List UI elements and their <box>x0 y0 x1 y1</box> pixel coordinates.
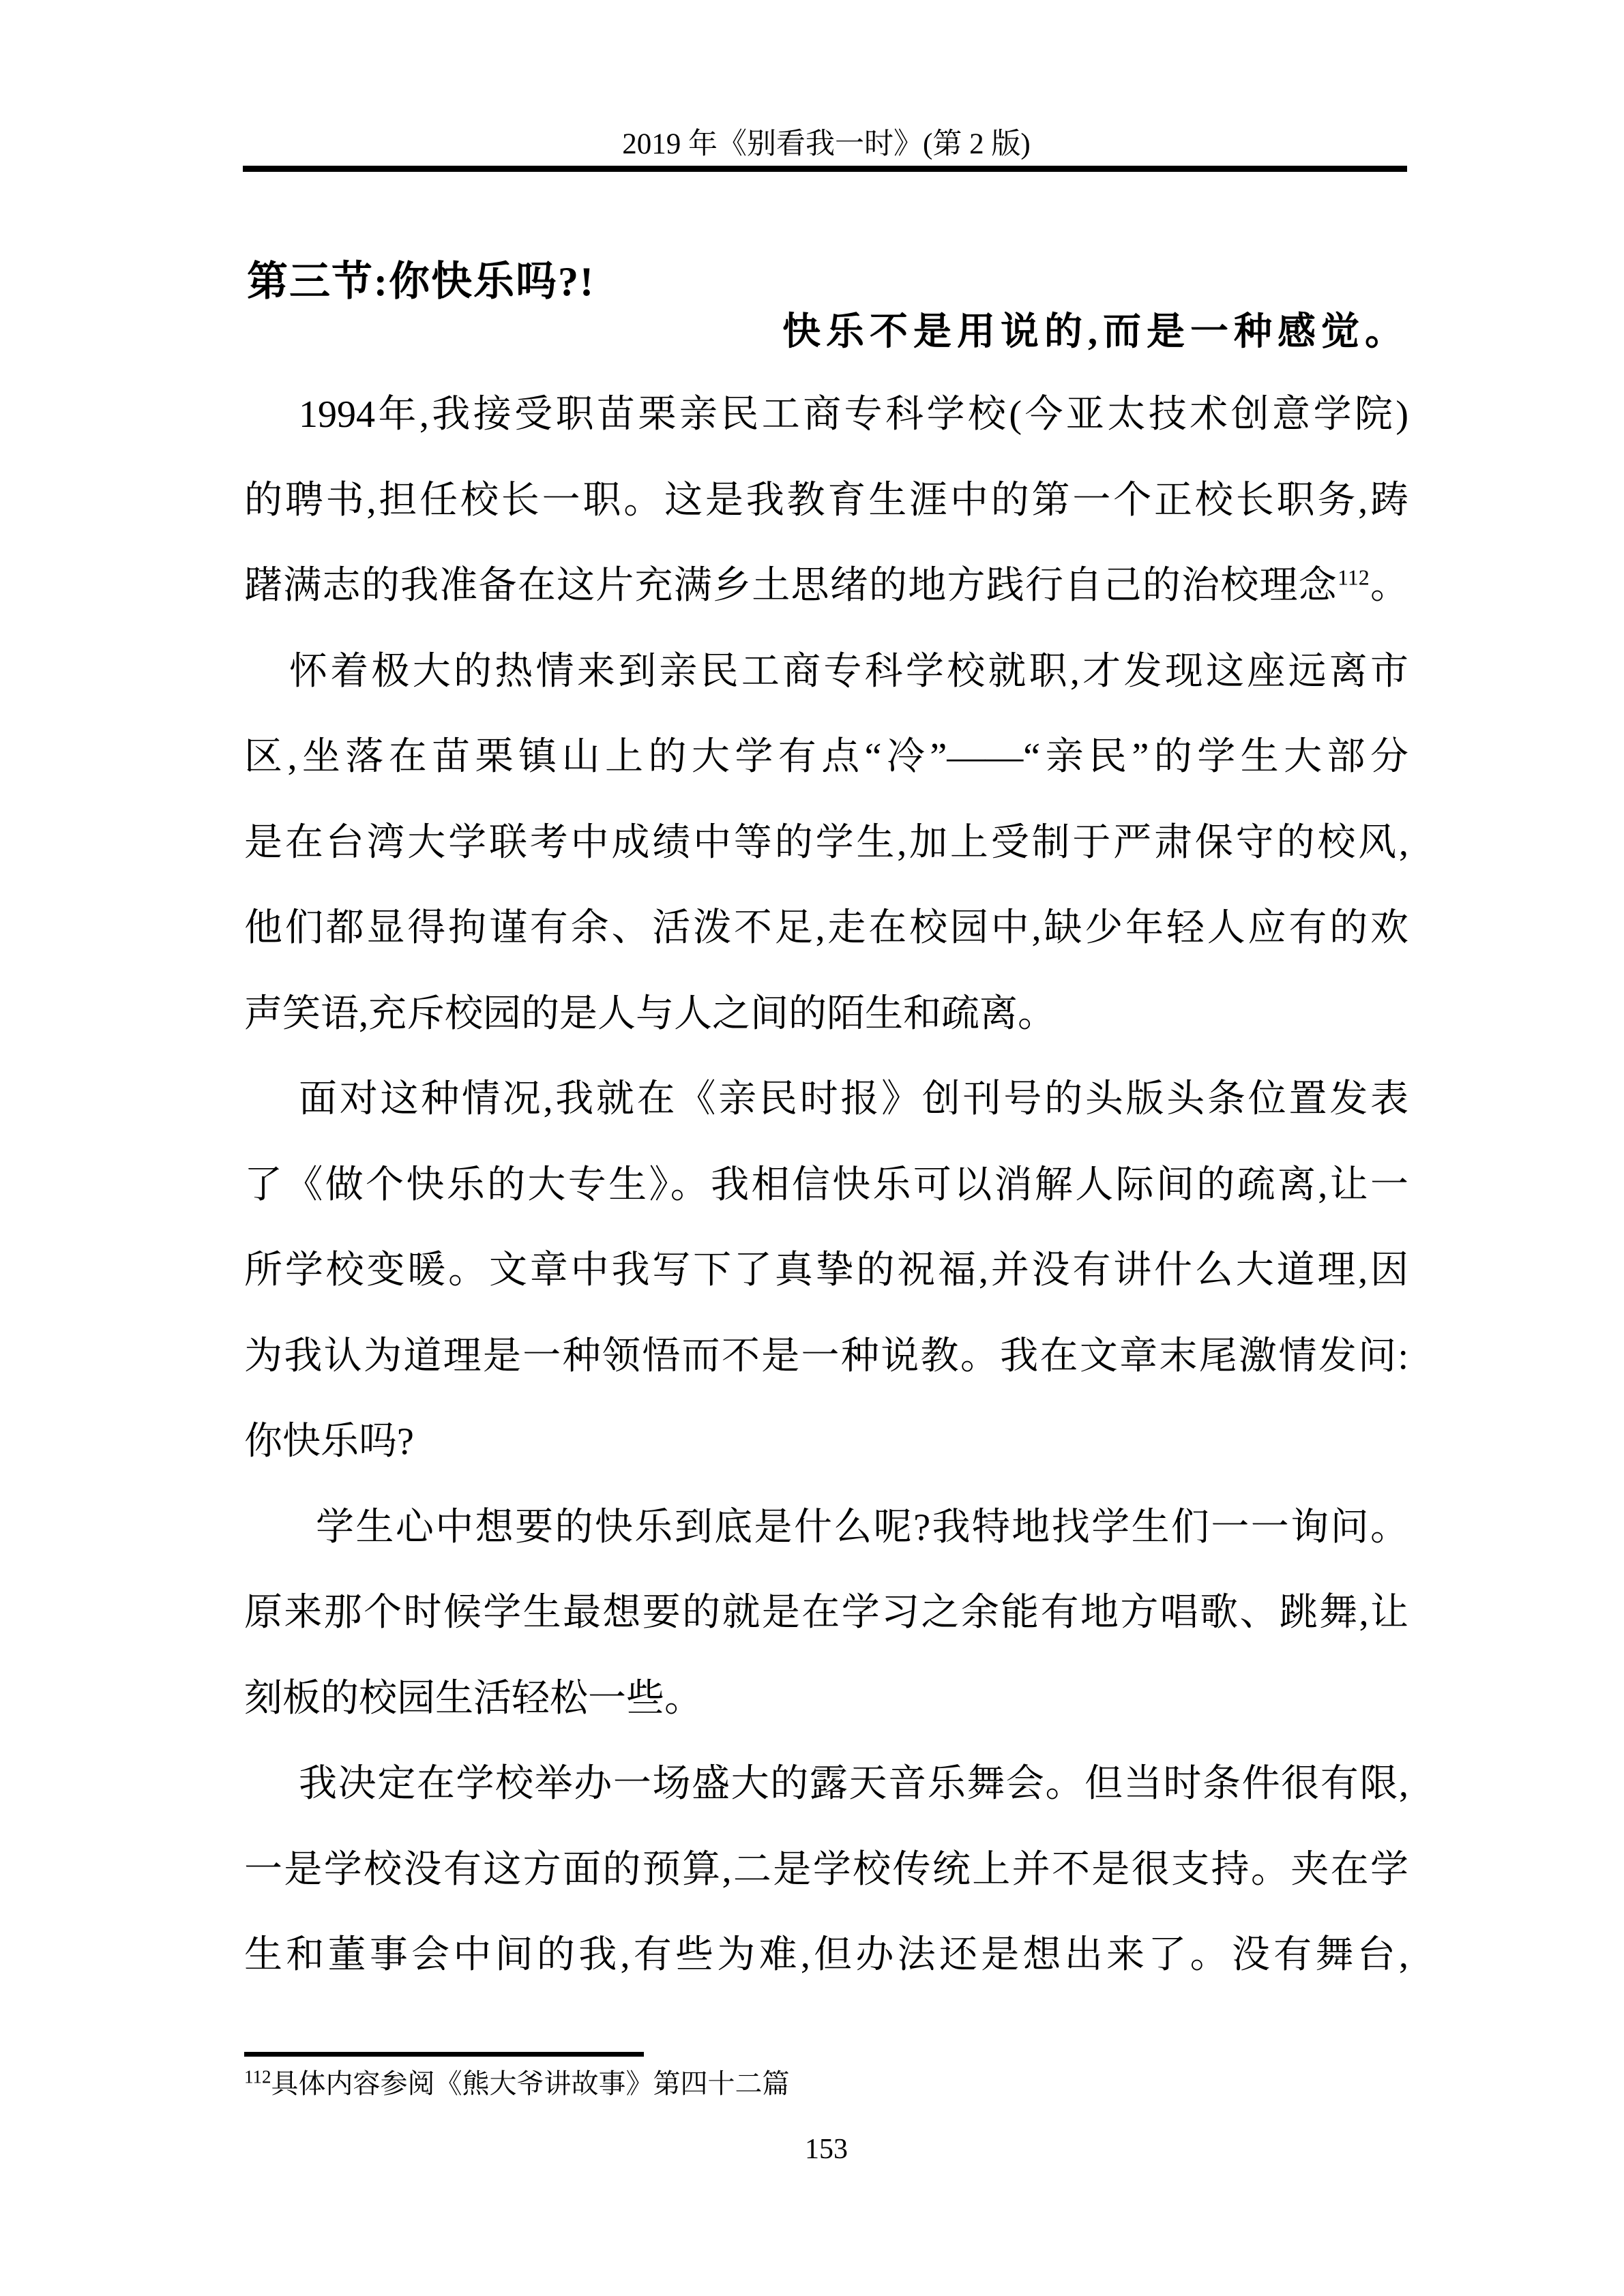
document-page: 2019 年《别看我一时》(第 2 版) 第三节:你快乐吗?! 快乐不是用说的,… <box>0 0 1624 2296</box>
section-title: 第三节:你快乐吗?! <box>247 259 595 304</box>
body-line: 面对这种情况,我就在《亲民时报》创刊号的头版头条位置发表 <box>244 1057 1408 1143</box>
footnote-separator <box>244 2052 644 2057</box>
body-line: 1994年,我接受职苗栗亲民工商专科学校(今亚太技术创意学院) <box>244 372 1408 458</box>
body-line: 原来那个时候学生最想要的就是在学习之余能有地方唱歌、跳舞,让 <box>244 1570 1408 1656</box>
body-line: 区,坐落在苗栗镇山上的大学有点“冷”——“亲民”的学生大部分 <box>244 715 1408 801</box>
body-line: 你快乐吗? <box>244 1399 1408 1485</box>
header-rule <box>243 166 1407 172</box>
epigraph: 快乐不是用说的,而是一种感觉。 <box>244 310 1408 354</box>
body-line: 是在台湾大学联考中成绩中等的学生,加上受制于严肃保守的校风, <box>244 801 1408 886</box>
body-line: 声笑语,充斥校园的是人与人之间的陌生和疏离。 <box>244 972 1408 1058</box>
body-line: 了《做个快乐的大专生》。我相信快乐可以消解人际间的疏离,让一 <box>244 1143 1408 1229</box>
page-number: 153 <box>244 2133 1408 2166</box>
body-line: 刻板的校园生活轻松一些。 <box>244 1656 1408 1742</box>
body-line: 躇满志的我准备在这片充满乡土思绪的地方践行自己的治校理念112。 <box>244 543 1408 629</box>
body-text: 1994年,我接受职苗栗亲民工商专科学校(今亚太技术创意学院) 的聘书,担任校长… <box>244 372 1408 1999</box>
body-line: 所学校变暖。文章中我写下了真挚的祝福,并没有讲什么大道理,因 <box>244 1228 1408 1314</box>
body-line-text: 。 <box>1370 565 1408 607</box>
body-line: 一是学校没有这方面的预算,二是学校传统上并不是很支持。夹在学 <box>244 1828 1408 1913</box>
footnote-marker: 112 <box>244 2067 271 2087</box>
footnote-reference: 112 <box>1338 565 1370 589</box>
body-line: 为我认为道理是一种领悟而不是一种说教。我在文章末尾激情发问: <box>244 1314 1408 1400</box>
body-line: 怀着极大的热情来到亲民工商专科学校就职,才发现这座远离市 <box>244 629 1408 715</box>
body-line: 生和董事会中间的我,有些为难,但办法还是想出来了。没有舞台, <box>244 1913 1408 1999</box>
body-line: 学生心中想要的快乐到底是什么呢?我特地找学生们一一询问。 <box>244 1485 1408 1571</box>
running-head: 2019 年《别看我一时》(第 2 版) <box>244 128 1408 160</box>
footnote-text: 具体内容参阅《熊大爷讲故事》第四十二篇 <box>271 2068 790 2099</box>
body-line: 他们都显得拘谨有余、活泼不足,走在校园中,缺少年轻人应有的欢 <box>244 886 1408 972</box>
body-line: 我决定在学校举办一场盛大的露天音乐舞会。但当时条件很有限, <box>244 1742 1408 1828</box>
body-line: 的聘书,担任校长一职。这是我教育生涯中的第一个正校长职务,踌 <box>244 458 1408 544</box>
footnote: 112具体内容参阅《熊大爷讲故事》第四十二篇 <box>244 2066 1408 2102</box>
body-line-text: 躇满志的我准备在这片充满乡土思绪的地方践行自己的治校理念 <box>244 565 1338 607</box>
